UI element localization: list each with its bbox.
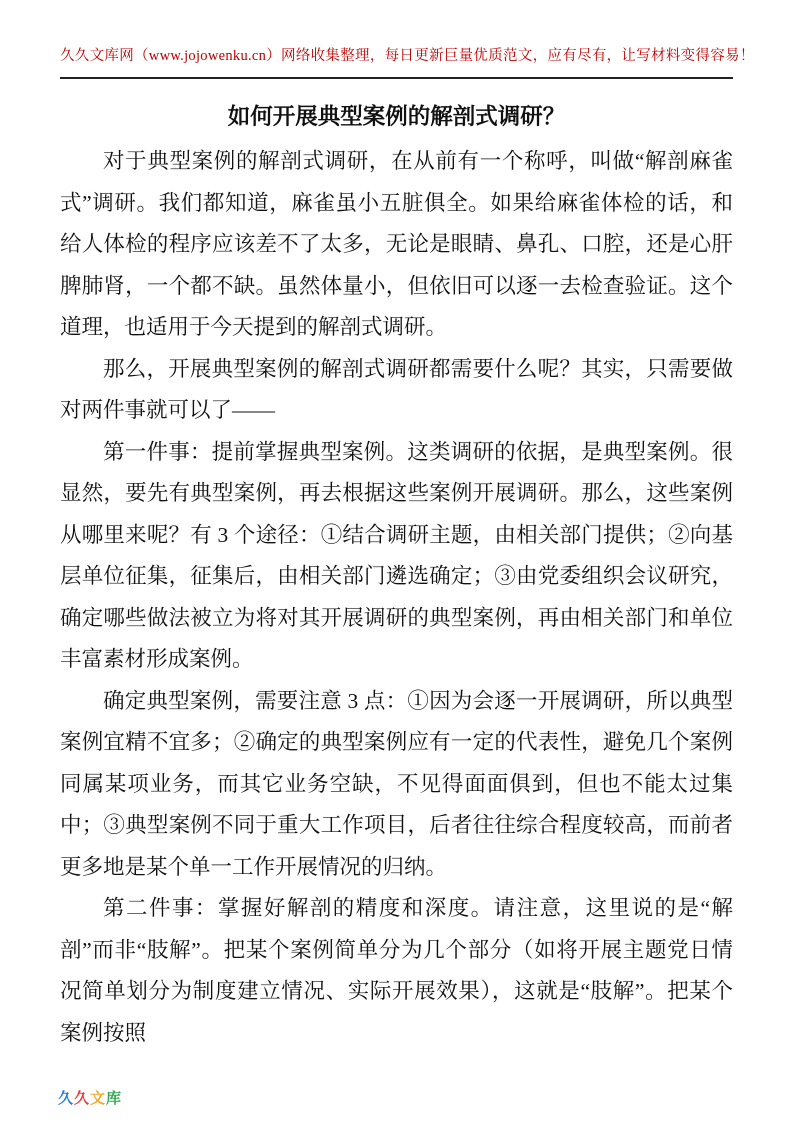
paragraph: 那么，开展典型案例的解剖式调研都需要什么呢？其实，只需要做对两件事就可以了—— [60,349,733,432]
paragraph: 确定典型案例，需要注意 3 点：①因为会逐一开展调研，所以典型案例宜精不宜多；②… [60,681,733,889]
document-page: 久久文库网（www.jojowenku.cn）网络收集整理，每日更新巨量优质范文… [0,0,793,1122]
paragraph: 第一件事：提前掌握典型案例。这类调研的依据，是典型案例。很显然，要先有典型案例，… [60,432,733,681]
paragraph: 第二件事：掌握好解剖的精度和深度。请注意，这里说的是“解剖”而非“肢解”。把某个… [60,888,733,1054]
watermark-char: 文 [90,1090,106,1107]
watermark-char: 久 [74,1090,90,1107]
document-body: 对于典型案例的解剖式调研，在从前有一个称呼，叫做“解剖麻雀式”调研。我们都知道，… [60,141,733,1054]
site-logo-watermark: 久久文库 [58,1087,122,1108]
site-header-note: 久久文库网（www.jojowenku.cn）网络收集整理，每日更新巨量优质范文… [60,44,733,79]
document-title: 如何开展典型案例的解剖式调研？ [60,101,733,133]
watermark-char: 久 [58,1090,74,1107]
watermark-char: 库 [106,1090,122,1107]
paragraph: 对于典型案例的解剖式调研，在从前有一个称呼，叫做“解剖麻雀式”调研。我们都知道，… [60,141,733,349]
